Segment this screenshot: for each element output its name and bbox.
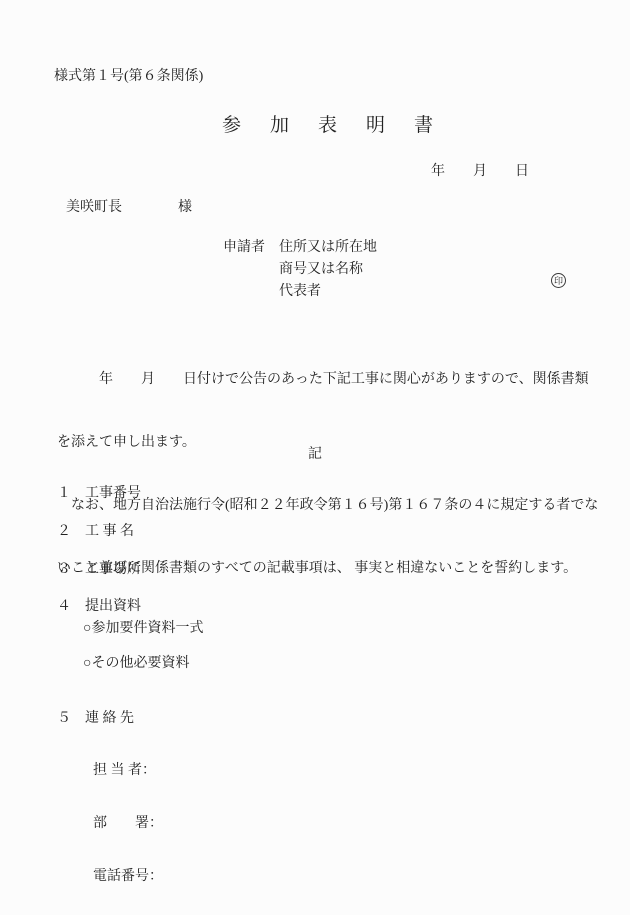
- list-item-project-number: １ 工事番号: [57, 482, 141, 502]
- recipient-line: 美咲町長 様: [66, 196, 192, 216]
- contact-details: 担 当 者： 部 署： 電話番号：: [93, 728, 163, 915]
- record-heading: 記: [0, 443, 630, 463]
- contact-department-line: 部 署：: [93, 813, 163, 834]
- list-item-contact: ５ 連 絡 先: [57, 707, 134, 727]
- seal-stamp-icon: 印: [551, 273, 566, 288]
- submission-doc-item-other: ○その他必要資料: [83, 652, 189, 672]
- form-number-label: 様式第１号(第６条関係): [54, 65, 203, 85]
- list-item-project-location: ３ 工事場所: [57, 558, 141, 578]
- list-item-project-name: ２ 工 事 名: [57, 520, 134, 540]
- document-sheet: 様式第１号(第６条関係) 参 加 表 明 書 年 月 日 美咲町長 様 申請者 …: [0, 0, 630, 915]
- applicant-company-line: 商号又は名称: [279, 258, 363, 278]
- document-title: 参 加 表 明 書: [222, 110, 438, 137]
- applicant-address-line: 申請者 住所又は所在地: [223, 236, 377, 256]
- submission-doc-item-requirements: ○参加要件資料一式: [83, 617, 203, 637]
- contact-person-line: 担 当 者：: [93, 760, 163, 781]
- applicant-representative-line: 代表者: [279, 280, 321, 300]
- body-line: 年 月 日付けで公告のあった下記工事に関心がありますので、関係書類: [57, 369, 598, 390]
- contact-phone-line: 電話番号：: [93, 866, 163, 887]
- date-line: 年 月 日: [431, 160, 529, 180]
- list-item-submission-documents: ４ 提出資料: [57, 595, 141, 615]
